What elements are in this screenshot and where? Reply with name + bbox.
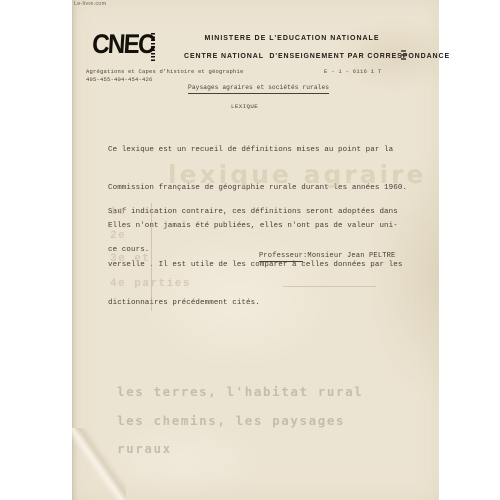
paragraph-line: dictionnaires précédemment cités. — [108, 297, 407, 310]
ghost-bottom-line-1: les terres, l'habitat rural — [117, 384, 363, 399]
paper-crease — [72, 428, 126, 500]
ghost-title: lexique agraire — [168, 160, 426, 189]
professor-name: :Monsieur Jean PELTRE — [303, 252, 395, 260]
subject-title: Paysages agraires et sociétés rurales — [188, 84, 329, 94]
ghost-rule — [283, 286, 376, 287]
stamp-mark — [401, 50, 406, 60]
ministry-title: MINISTERE DE L'EDUCATION NATIONALE — [196, 35, 388, 42]
site-watermark: Le-livre.com — [74, 1, 106, 7]
section-title: LEXIQUE — [231, 103, 258, 110]
cnec-logo: CNEC — [91, 31, 154, 58]
fold-line — [151, 203, 152, 311]
program-line: Agrégations et Capes d'histoire et géogr… — [86, 68, 244, 75]
reference-code: E - 1 - 6116 1 T — [324, 68, 382, 75]
cnec-logo-vertical-text — [151, 33, 155, 62]
ghost-part-2: 2e — [110, 230, 126, 242]
institution-title: CENTRE NATIONAL D'ENSEIGNEMENT PAR CORRE… — [184, 53, 450, 60]
professor-label: Professeur — [259, 252, 303, 262]
ghost-part-3: 3e et — [110, 253, 151, 265]
professor-line: Professeur:Monsieur Jean PELTRE — [259, 252, 395, 260]
course-codes: 405-455-404-454-426 — [86, 76, 153, 83]
ghost-part-1: 1e — [110, 206, 126, 218]
paragraph-line: Ce lexique est un recueil de définitions… — [108, 144, 407, 157]
ghost-bottom-line-2: les chemins, les paysages — [117, 413, 345, 428]
ghost-bottom-line-3: ruraux — [117, 441, 172, 456]
